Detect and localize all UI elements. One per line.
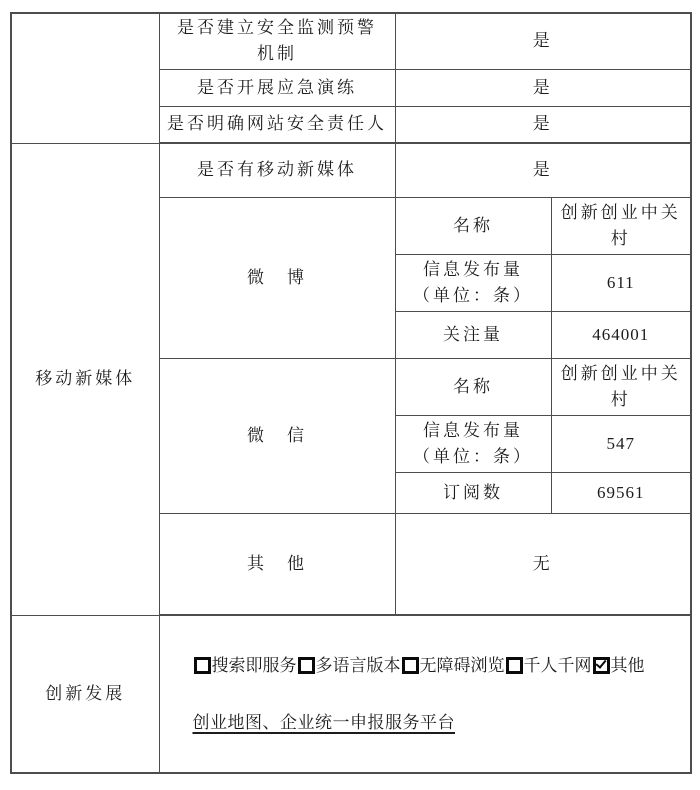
table-row: 移动新媒体 是否有移动新媒体 是	[11, 143, 691, 197]
security-officer-label: 是否明确网站安全责任人	[159, 106, 395, 143]
wechat-subscribers-label: 订阅数	[395, 472, 551, 513]
checkbox-multilingual[interactable]	[298, 657, 315, 674]
wechat-name-label: 名称	[395, 358, 551, 415]
checkbox-search-as-service[interactable]	[194, 657, 211, 674]
weibo-posts-label: 信息发布量 （单位：条）	[395, 254, 551, 311]
checkbox-other-checked[interactable]	[593, 657, 610, 674]
checkbox-label-accessibility: 无障碍浏览	[420, 656, 505, 675]
section-label-empty	[11, 13, 159, 143]
weibo-followers-label: 关注量	[395, 311, 551, 358]
wechat-name-value: 创新创业中关 村	[551, 358, 691, 415]
weibo-followers-value: 464001	[551, 311, 691, 358]
checkbox-accessibility[interactable]	[402, 657, 419, 674]
annual-report-table: 是否建立安全监测预警 机制 是 是否开展应急演练 是 是否明确网站安全责任人 是…	[10, 12, 692, 774]
has-mobile-media-value: 是	[395, 143, 691, 197]
checkbox-label-other: 其他	[611, 656, 645, 675]
emergency-drill-label: 是否开展应急演练	[159, 69, 395, 106]
report-page: 是否建立安全监测预警 机制 是 是否开展应急演练 是 是否明确网站安全责任人 是…	[0, 0, 700, 790]
wechat-posts-value: 547	[551, 415, 691, 472]
emergency-drill-value: 是	[395, 69, 691, 106]
section-label-mobile-media: 移动新媒体	[11, 143, 159, 615]
checkbox-label-multilingual: 多语言版本	[316, 656, 401, 675]
table-row: 是否建立安全监测预警 机制 是	[11, 13, 691, 69]
innovation-content-cell: 搜索即服务多语言版本无障碍浏览千人千网其他 创业地图、企业统一申报服务平台	[159, 615, 691, 773]
other-media-value: 无	[395, 513, 691, 615]
other-media-label: 其 他	[159, 513, 395, 615]
checkbox-label-search-as-service: 搜索即服务	[212, 656, 297, 675]
checkmark-icon	[595, 657, 606, 669]
table-row: 创新发展 搜索即服务多语言版本无障碍浏览千人千网其他 创业地图、企业统一申报服务…	[11, 615, 691, 773]
wechat-posts-label: 信息发布量 （单位：条）	[395, 415, 551, 472]
weibo-label: 微 博	[159, 197, 395, 358]
innovation-options-line: 搜索即服务多语言版本无障碍浏览千人千网其他	[193, 655, 679, 677]
wechat-subscribers-value: 69561	[551, 472, 691, 513]
has-mobile-media-label: 是否有移动新媒体	[159, 143, 395, 197]
weibo-posts-value: 611	[551, 254, 691, 311]
section-label-innovation: 创新发展	[11, 615, 159, 773]
security-officer-value: 是	[395, 106, 691, 143]
innovation-other-detail: 创业地图、企业统一申报服务平台	[193, 712, 679, 734]
checkbox-label-personalized: 千人千网	[524, 656, 592, 675]
wechat-label: 微 信	[159, 358, 395, 513]
security-monitoring-label: 是否建立安全监测预警 机制	[159, 13, 395, 69]
checkbox-personalized[interactable]	[506, 657, 523, 674]
weibo-name-label: 名称	[395, 197, 551, 254]
weibo-name-value: 创新创业中关 村	[551, 197, 691, 254]
security-monitoring-value: 是	[395, 13, 691, 69]
